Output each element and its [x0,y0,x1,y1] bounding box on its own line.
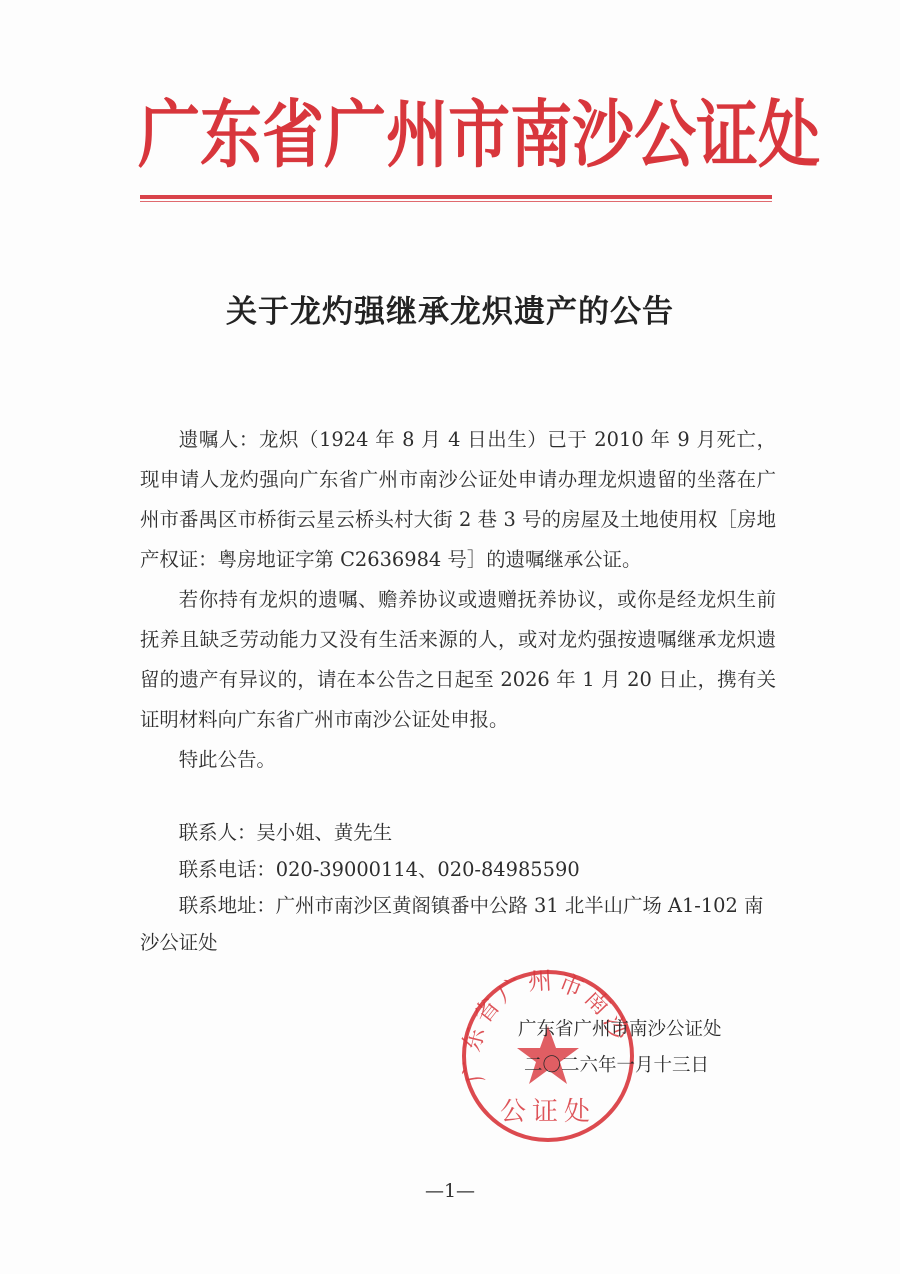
letterhead-char: 广 [324,75,386,180]
paragraph-objection-notice: 若你持有龙炽的遗嘱、赡养协议或遗赠抚养协议，或你是经龙炽生前抚养且缺乏劳动能力又… [140,580,776,740]
letterhead-char: 证 [696,75,758,180]
seal-bottom-text: 公证处 [500,1097,596,1127]
document-body: 遗嘱人：龙炽（1924 年 8 月 4 日出生）已于 2010 年 9 月死亡，… [140,420,776,780]
letterhead-char: 州 [386,75,448,180]
signature-issuer: 广东省广州市南沙公证处 [518,1012,722,1048]
letterhead-char: 公 [634,75,696,180]
paragraph-closing: 特此公告。 [140,740,776,780]
letterhead-char: 南 [510,75,572,180]
signature-date: 二〇二六年一月十三日 [518,1048,722,1084]
document-page: 广 东 省 广 州 市 南 沙 公 证 处 关于龙灼强继承龙炽遗产的公告 遗嘱人… [0,0,900,1274]
page-number: —1— [0,1180,900,1202]
contact-phone: 联系电话：020-39000114、020-84985590 [140,852,776,889]
paragraph-testator: 遗嘱人：龙炽（1924 年 8 月 4 日出生）已于 2010 年 9 月死亡，… [140,420,776,580]
letterhead-title: 广 东 省 广 州 市 南 沙 公 证 处 [138,78,772,178]
letterhead-char: 广 [138,75,200,180]
contact-address: 联系地址：广州市南沙区黄阁镇番中公路 31 北半山广场 A1-102 南沙公证处 [140,888,776,961]
signature-block: 广东省广州市南沙公证处 二〇二六年一月十三日 [518,1012,722,1084]
letterhead-char: 处 [758,75,820,180]
contact-person: 联系人：吴小姐、黄先生 [140,815,776,852]
document-title: 关于龙灼强继承龙炽遗产的公告 [0,286,900,331]
letterhead-char: 省 [262,75,324,180]
letterhead-char: 沙 [572,75,634,180]
letterhead-divider-thick [140,195,772,199]
letterhead-divider-thin [140,201,772,202]
letterhead-char: 东 [200,75,262,180]
contact-info: 联系人：吴小姐、黄先生 联系电话：020-39000114、020-849855… [140,815,776,961]
letterhead-char: 市 [448,75,510,180]
